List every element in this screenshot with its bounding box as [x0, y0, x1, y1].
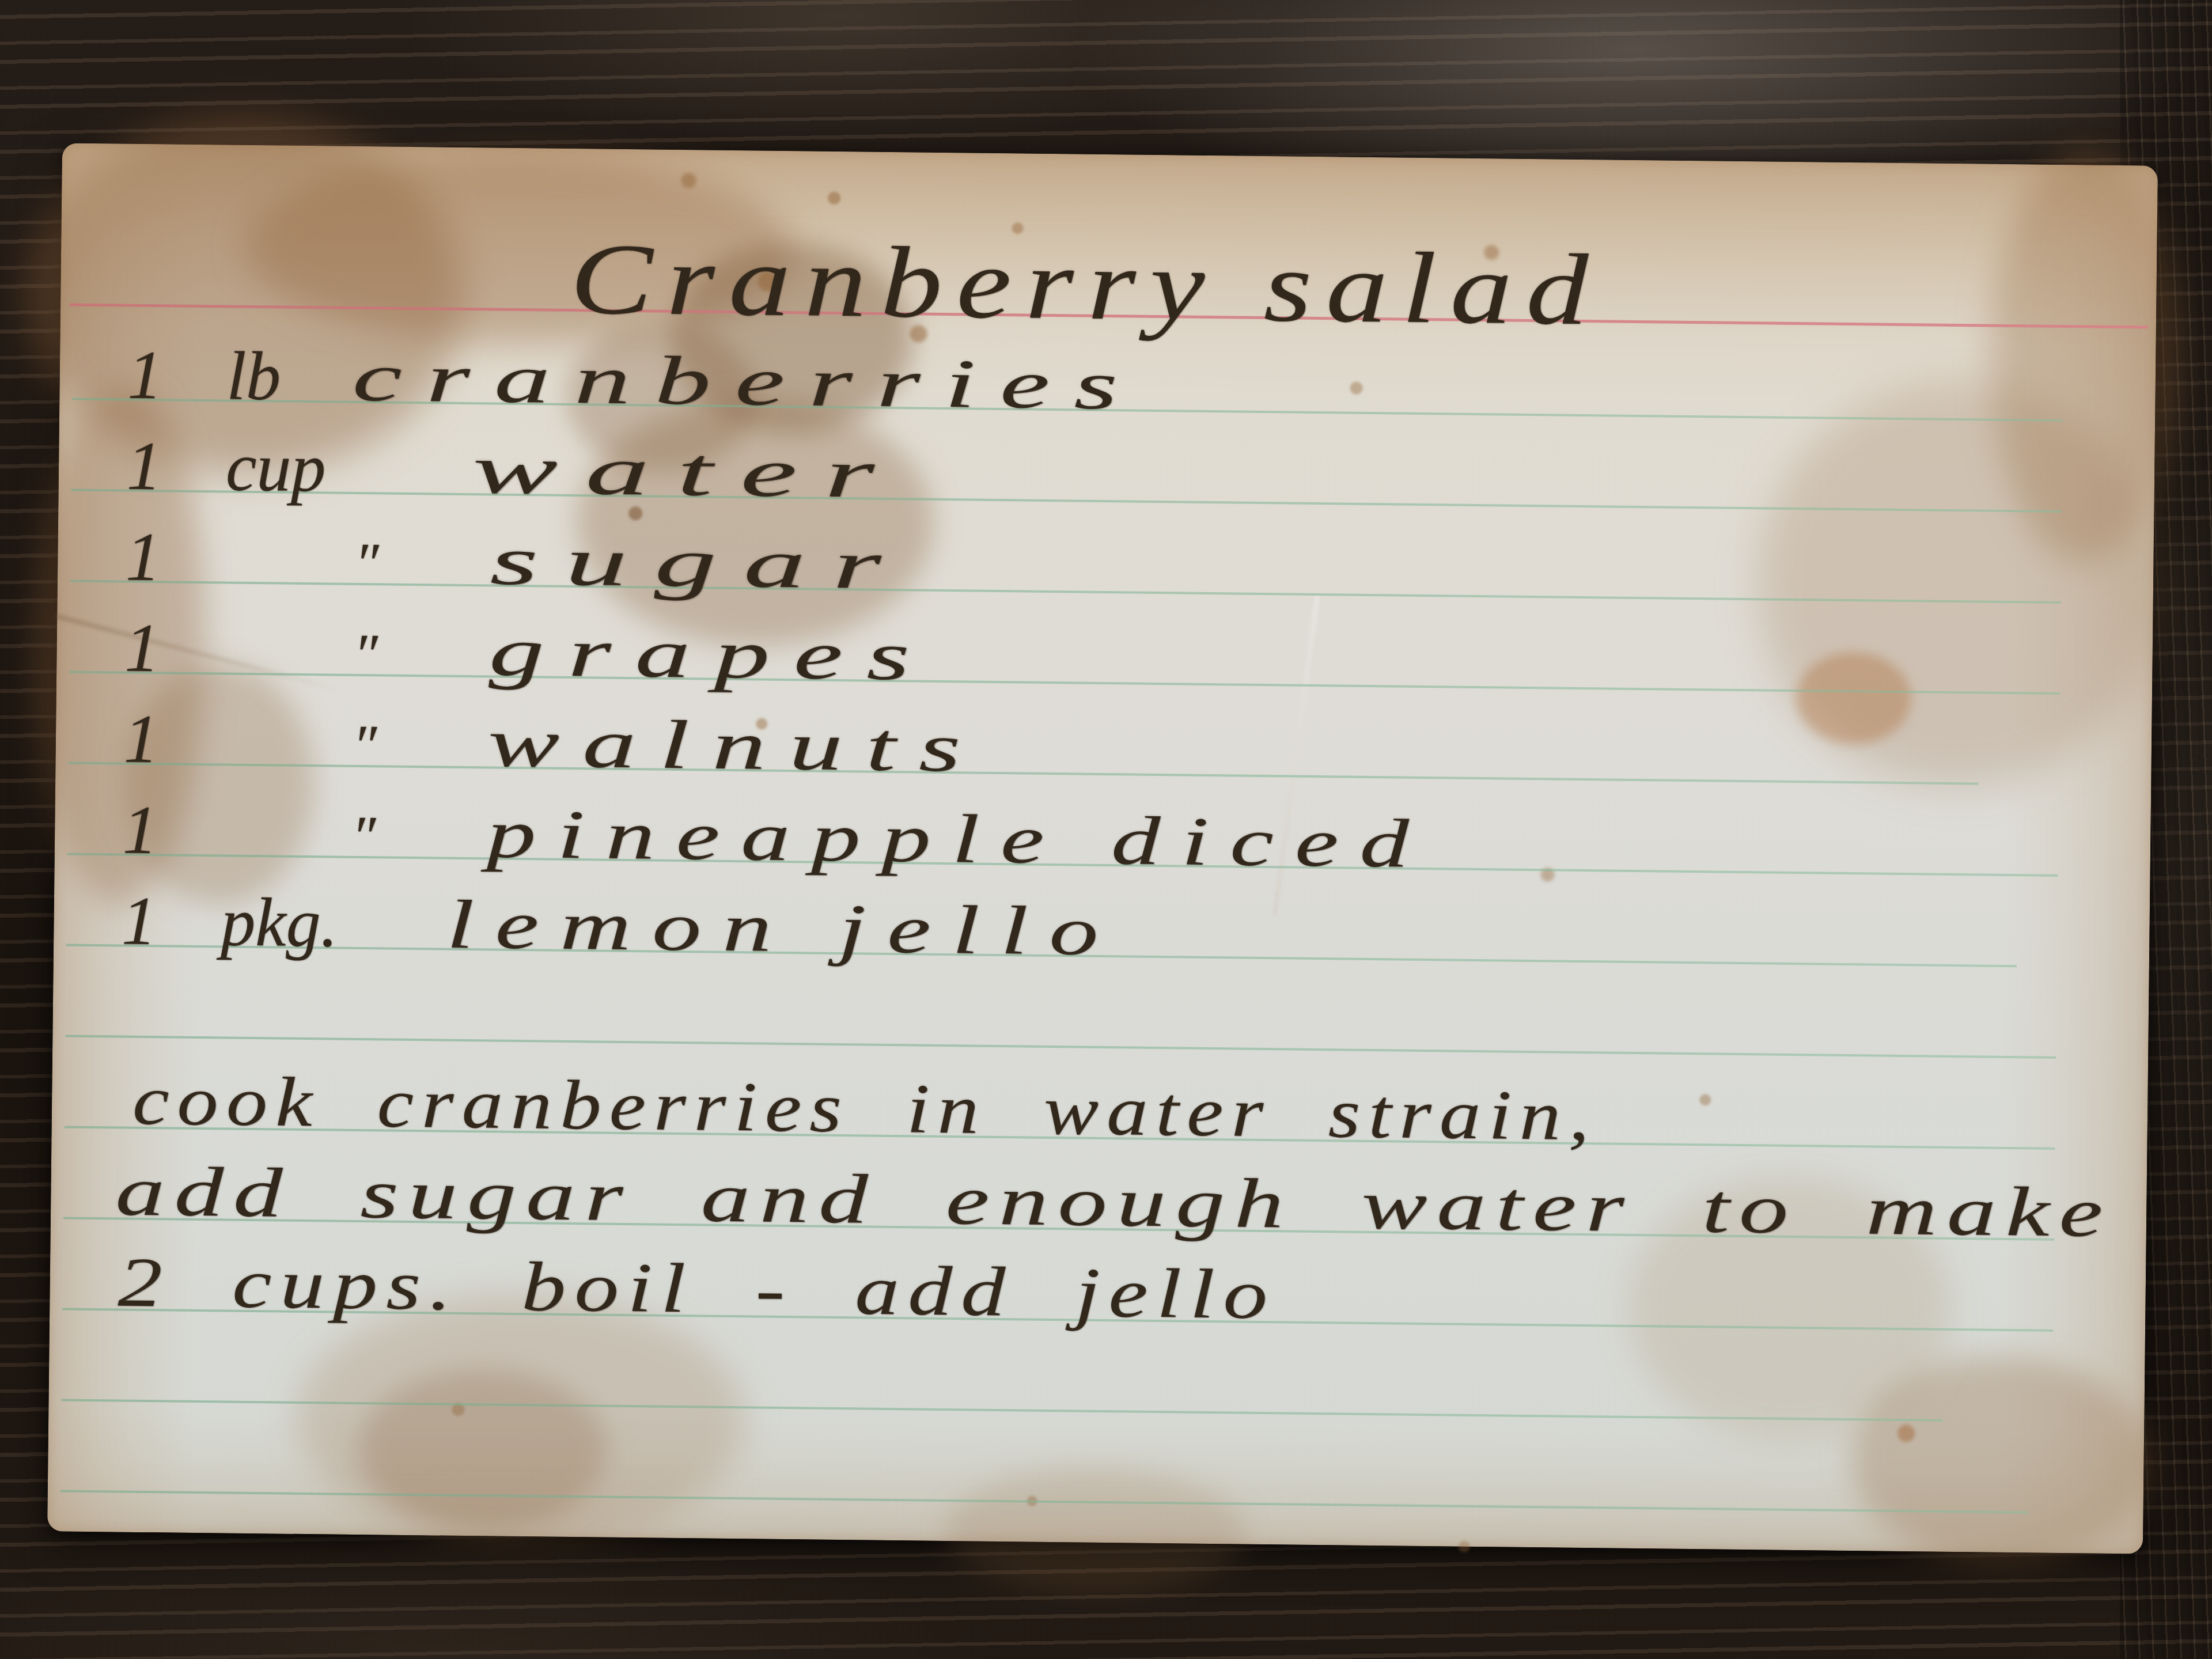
ingredient-row: 1″pineapple diced — [122, 789, 1152, 882]
recipe-title: Cranberry salad — [569, 218, 1416, 349]
recipe-card: Cranberry salad 1lbcranberries 1cupwater… — [47, 143, 2158, 1554]
ingredient-unit ditto-mark: ″ — [225, 527, 490, 599]
instruction-line: 2 cups. boil - add jello — [118, 1241, 1037, 1335]
instruction-line: cook cranberries in water strain, — [132, 1059, 1385, 1157]
ingredient-row: 1pkg.lemon jello — [122, 880, 921, 971]
rust-spot — [1796, 652, 1912, 745]
ingredient-unit: lb — [226, 335, 353, 419]
ingredient-name: grapes — [488, 610, 934, 698]
foxing-spot — [1350, 382, 1363, 395]
green-rule-line — [65, 1035, 2056, 1059]
ingredient-qty: 1 — [123, 698, 224, 782]
ingredient-qty: 1 — [124, 607, 225, 691]
ingredient-qty: 1 — [126, 516, 226, 600]
ingredient-row: 1lbcranberries — [127, 334, 840, 424]
ingredient-name: pineapple diced — [486, 792, 1430, 885]
ingredient-unit: pkg. — [221, 880, 448, 965]
ingredient-unit: cup — [225, 425, 473, 511]
ingredient-row: 1″walnuts — [123, 698, 808, 788]
ingredient-row: 1″sugar — [126, 516, 723, 605]
ingredient-qty: 1 — [122, 880, 222, 964]
foxing-spot — [1459, 1541, 1470, 1552]
photo-recipe-card-on-wood-table: { "card": { "title": "Cranberry salad", … — [0, 0, 2212, 1659]
ingredient-unit ditto-mark: ″ — [224, 618, 489, 690]
ingredient-name: walnuts — [487, 701, 984, 789]
foxing-spot — [681, 173, 696, 188]
instruction-line: add sugar and enough water to make — [115, 1149, 1543, 1249]
ingredient-name: water — [472, 428, 903, 516]
recipe-title-text: Cranberry salad — [569, 218, 1603, 351]
ingredient-name: sugar — [490, 519, 909, 607]
ingredient-name: cranberries — [352, 336, 1142, 427]
ingredient-qty: 1 — [126, 425, 226, 509]
ingredient-row: 1″grapes — [124, 607, 767, 696]
foxing-spot — [828, 192, 840, 204]
ingredient-row: 1cupwater — [126, 425, 705, 514]
ingredient-unit ditto-mark: ″ — [222, 800, 487, 872]
ingredient-qty: 1 — [127, 334, 228, 418]
ingredient-unit ditto-mark: ″ — [222, 709, 488, 781]
foxing-spot — [1897, 1425, 1915, 1442]
stain — [1987, 147, 2182, 564]
ingredient-qty: 1 — [122, 789, 222, 873]
ingredient-name: lemon jello — [446, 883, 1120, 974]
foxing-spot — [1699, 1094, 1711, 1105]
